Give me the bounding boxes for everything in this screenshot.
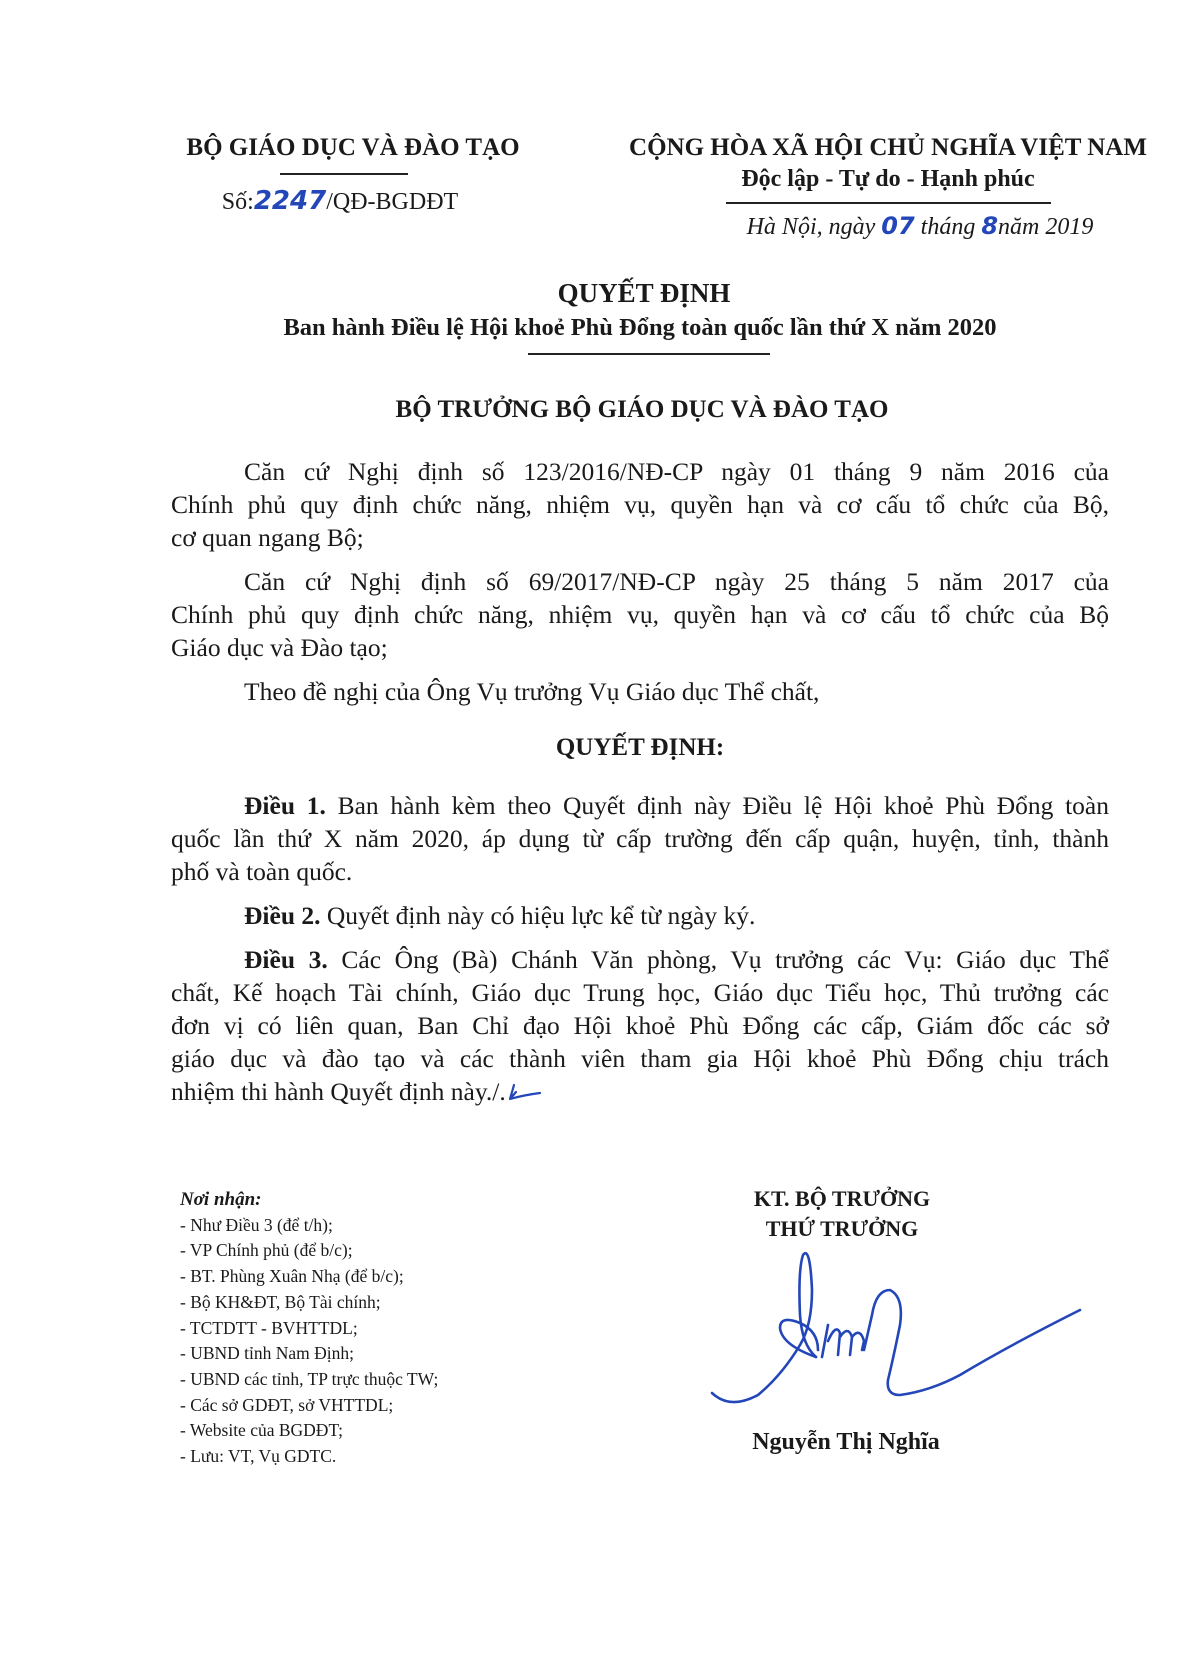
signature-on-behalf: KT. BỘ TRƯỞNG	[754, 1186, 930, 1212]
country-name: CỘNG HÒA XÃ HỘI CHỦ NGHĨA VIỆT NAM	[629, 134, 1147, 162]
day-handwritten: 07	[881, 212, 914, 240]
signature-position: THỨ TRƯỞNG	[766, 1216, 919, 1242]
preamble-line: Theo đề nghị của Ông Vụ trưởng Vụ Giáo d…	[171, 675, 1109, 709]
number-prefix: Số:	[222, 189, 254, 215]
article-text: Quyết định này có hiệu lực kể từ ngày ký…	[321, 901, 756, 930]
article-3-line: giáo dục và đào tạo và các thành viên th…	[171, 1042, 1109, 1076]
article-1-line: Điều 1. Ban hành kèm theo Quyết định này…	[171, 789, 1109, 823]
preamble-line: Căn cứ Nghị định số 123/2016/NĐ-CP ngày …	[171, 455, 1109, 489]
article-3-line: đơn vị có liên quan, Ban Chỉ đạo Hội kho…	[171, 1009, 1109, 1043]
recipient-item: - Các sở GDĐT, sở VHTTDL;	[180, 1393, 438, 1419]
authority-heading: BỘ TRƯỞNG BỘ GIÁO DỤC VÀ ĐÀO TẠO	[396, 396, 889, 424]
motto-rule	[726, 202, 1051, 204]
ministry-name: BỘ GIÁO DỤC VÀ ĐÀO TẠO	[186, 134, 519, 162]
article-label: Điều 1.	[244, 791, 326, 820]
ministry-rule	[280, 173, 408, 175]
recipient-item: - UBND tỉnh Nam Định;	[180, 1341, 438, 1367]
article-2-line: Điều 2. Quyết định này có hiệu lực kể từ…	[171, 899, 1109, 933]
month-label: tháng	[915, 214, 982, 240]
title-rule	[528, 353, 770, 355]
document-subtitle: Ban hành Điều lệ Hội khoẻ Phù Đổng toàn …	[283, 314, 996, 342]
preamble-line: Giáo dục và Đào tạo;	[171, 631, 1109, 665]
recipients-heading: Nơi nhận:	[180, 1187, 438, 1213]
recipients-list: - Như Điều 3 (để t/h);- VP Chính phủ (để…	[180, 1213, 438, 1470]
date-prefix: Hà Nội, ngày	[747, 214, 882, 240]
document-number: Số:2247/QĐ-BGDĐT	[222, 186, 458, 216]
article-text: Ban hành kèm theo Quyết định này Điều lệ…	[326, 791, 1109, 820]
recipient-item: - Như Điều 3 (để t/h);	[180, 1213, 438, 1239]
recipient-item: - VP Chính phủ (để b/c);	[180, 1238, 438, 1264]
issue-date: Hà Nội, ngày 07 tháng 8năm 2019	[747, 212, 1094, 241]
recipients-block: Nơi nhận: - Như Điều 3 (để t/h);- VP Chí…	[180, 1187, 438, 1470]
article-label: Điều 2.	[244, 901, 321, 930]
year-text: năm 2019	[998, 214, 1093, 240]
article-1-line: phố và toàn quốc.	[171, 855, 1109, 889]
article-text: Các Ông (Bà) Chánh Văn phòng, Vụ trưởng …	[328, 945, 1109, 974]
recipient-item: - Website của BGDĐT;	[180, 1418, 438, 1444]
recipient-item: - UBND các tỉnh, TP trực thuộc TW;	[180, 1367, 438, 1393]
month-handwritten: 8	[981, 212, 998, 240]
article-3-line: Điều 3. Các Ông (Bà) Chánh Văn phòng, Vụ…	[171, 943, 1109, 977]
preamble-line: Chính phủ quy định chức năng, nhiệm vụ, …	[171, 488, 1109, 522]
article-text: nhiệm thi hành Quyết định này./.	[171, 1077, 506, 1106]
preamble-line: cơ quan ngang Bộ;	[171, 521, 1109, 555]
recipient-item: - Bộ KH&ĐT, Bộ Tài chính;	[180, 1290, 438, 1316]
article-label: Điều 3.	[244, 945, 328, 974]
preamble-line: Căn cứ Nghị định số 69/2017/NĐ-CP ngày 2…	[171, 565, 1109, 599]
article-3-line: nhiệm thi hành Quyết định này./.	[171, 1075, 1109, 1109]
article-3-line: chất, Kế hoạch Tài chính, Giáo dục Trung…	[171, 976, 1109, 1010]
number-suffix: /QĐ-BGDĐT	[326, 189, 458, 215]
national-motto: Độc lập - Tự do - Hạnh phúc	[741, 166, 1034, 193]
recipient-item: - TCTDTT - BVHTTDL;	[180, 1316, 438, 1342]
handwritten-signature-icon	[700, 1245, 1120, 1415]
signer-name: Nguyễn Thị Nghĩa	[752, 1429, 940, 1456]
preamble-line: Chính phủ quy định chức năng, nhiệm vụ, …	[171, 598, 1109, 632]
number-handwritten: 2247	[254, 186, 326, 216]
decision-heading: QUYẾT ĐỊNH:	[556, 734, 724, 762]
recipient-item: - Lưu: VT, Vụ GDTC.	[180, 1444, 438, 1470]
article-1-line: quốc lần thứ X năm 2020, áp dụng từ cấp …	[171, 822, 1109, 856]
document-type-heading: QUYẾT ĐỊNH	[558, 278, 731, 309]
initial-mark-icon	[506, 1082, 542, 1104]
recipient-item: - BT. Phùng Xuân Nhạ (để b/c);	[180, 1264, 438, 1290]
